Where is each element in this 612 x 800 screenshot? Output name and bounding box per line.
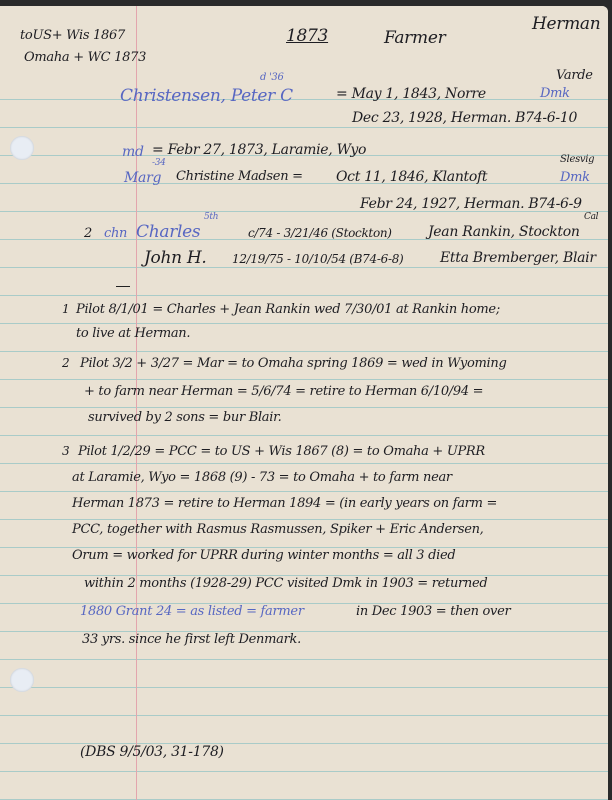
punch-hole-bottom [10, 668, 34, 692]
note-line: in Dec 1903 = then over [356, 604, 510, 619]
note-line: PCC, together with Rasmus Rasmussen, Spi… [72, 522, 484, 537]
location: Herman [532, 14, 600, 34]
child-name: Charles [136, 222, 200, 242]
subject-name: Christensen, Peter C [120, 86, 293, 106]
note-marker: 1 [62, 302, 69, 316]
occupation: Farmer [384, 28, 445, 48]
note-line: Herman 1873 = retire to Herman 1894 = (i… [72, 496, 497, 511]
census-note: 1880 Grant 24 = as listed = farmer [80, 604, 304, 619]
marriage-date: = Febr 27, 1873, Laramie, Wyo [152, 142, 366, 158]
child-extra: Cal [584, 212, 598, 222]
immigration-note: toUS+ Wis 1867 [20, 28, 125, 43]
child-note: 5th [204, 212, 218, 222]
spouse-prefix: Marg [124, 170, 161, 186]
spouse-age-note: -34 [152, 158, 166, 168]
migration-note: Omaha + WC 1873 [24, 50, 146, 65]
children-label: chn [104, 226, 127, 241]
note-marker: 2 [62, 356, 69, 370]
note-line: 33 yrs. since he first left Denmark. [82, 632, 301, 647]
spouse-birth: Oct 11, 1846, Klantoft [336, 169, 487, 185]
spouse-birth-place-note: Slesvig [560, 154, 594, 165]
note-line: within 2 months (1928-29) PCC visited Dm… [84, 576, 487, 591]
note-line: Pilot 1/2/29 = PCC = to US + Wis 1867 (8… [78, 444, 485, 459]
punch-hole-top [10, 136, 34, 160]
note-line: Pilot 8/1/01 = Charles + Jean Rankin wed… [76, 302, 500, 317]
child-spouse: Jean Rankin, Stockton [428, 224, 580, 240]
child-dates: 12/19/75 - 10/10/54 (B74-6-8) [232, 252, 403, 266]
subject-death: Dec 23, 1928, Herman. B74-6-10 [352, 110, 577, 126]
child-spouse: Etta Bremberger, Blair [440, 250, 596, 266]
subject-birth: = May 1, 1843, Norre [336, 86, 486, 102]
marriage-label: md [122, 144, 144, 160]
note-line: to live at Herman. [76, 326, 190, 341]
spouse-birth-country: Dmk [560, 170, 590, 185]
note-line: + to farm near Herman = 5/6/74 = retire … [84, 384, 483, 399]
birth-place-note: Varde [556, 68, 593, 83]
child-dates: c/74 - 3/21/46 (Stockton) [248, 226, 392, 240]
note-line: survived by 2 sons = bur Blair. [88, 410, 281, 425]
children-count: 2 [84, 226, 92, 241]
child-name: John H. [144, 248, 206, 268]
birth-country: Dmk [540, 86, 570, 101]
source-citation: (DBS 9/5/03, 31-178) [80, 744, 224, 760]
notebook-page: toUS+ Wis 1867 Omaha + WC 1873 1873 Farm… [0, 6, 608, 800]
note-line: Orum = worked for UPRR during winter mon… [72, 548, 455, 563]
note-line: at Laramie, Wyo = 1868 (9) - 73 = to Oma… [72, 470, 452, 485]
note-marker: 3 [62, 444, 69, 458]
spouse-name: Christine Madsen = [176, 169, 303, 184]
arrival-year: 1873 [286, 26, 328, 46]
spouse-death: Febr 24, 1927, Herman. B74-6-9 [360, 196, 582, 212]
separator-dash [116, 286, 130, 287]
red-margin-line [136, 6, 137, 800]
note-line: Pilot 3/2 + 3/27 = Mar = to Omaha spring… [80, 356, 506, 371]
death-note: d '36 [260, 72, 284, 83]
